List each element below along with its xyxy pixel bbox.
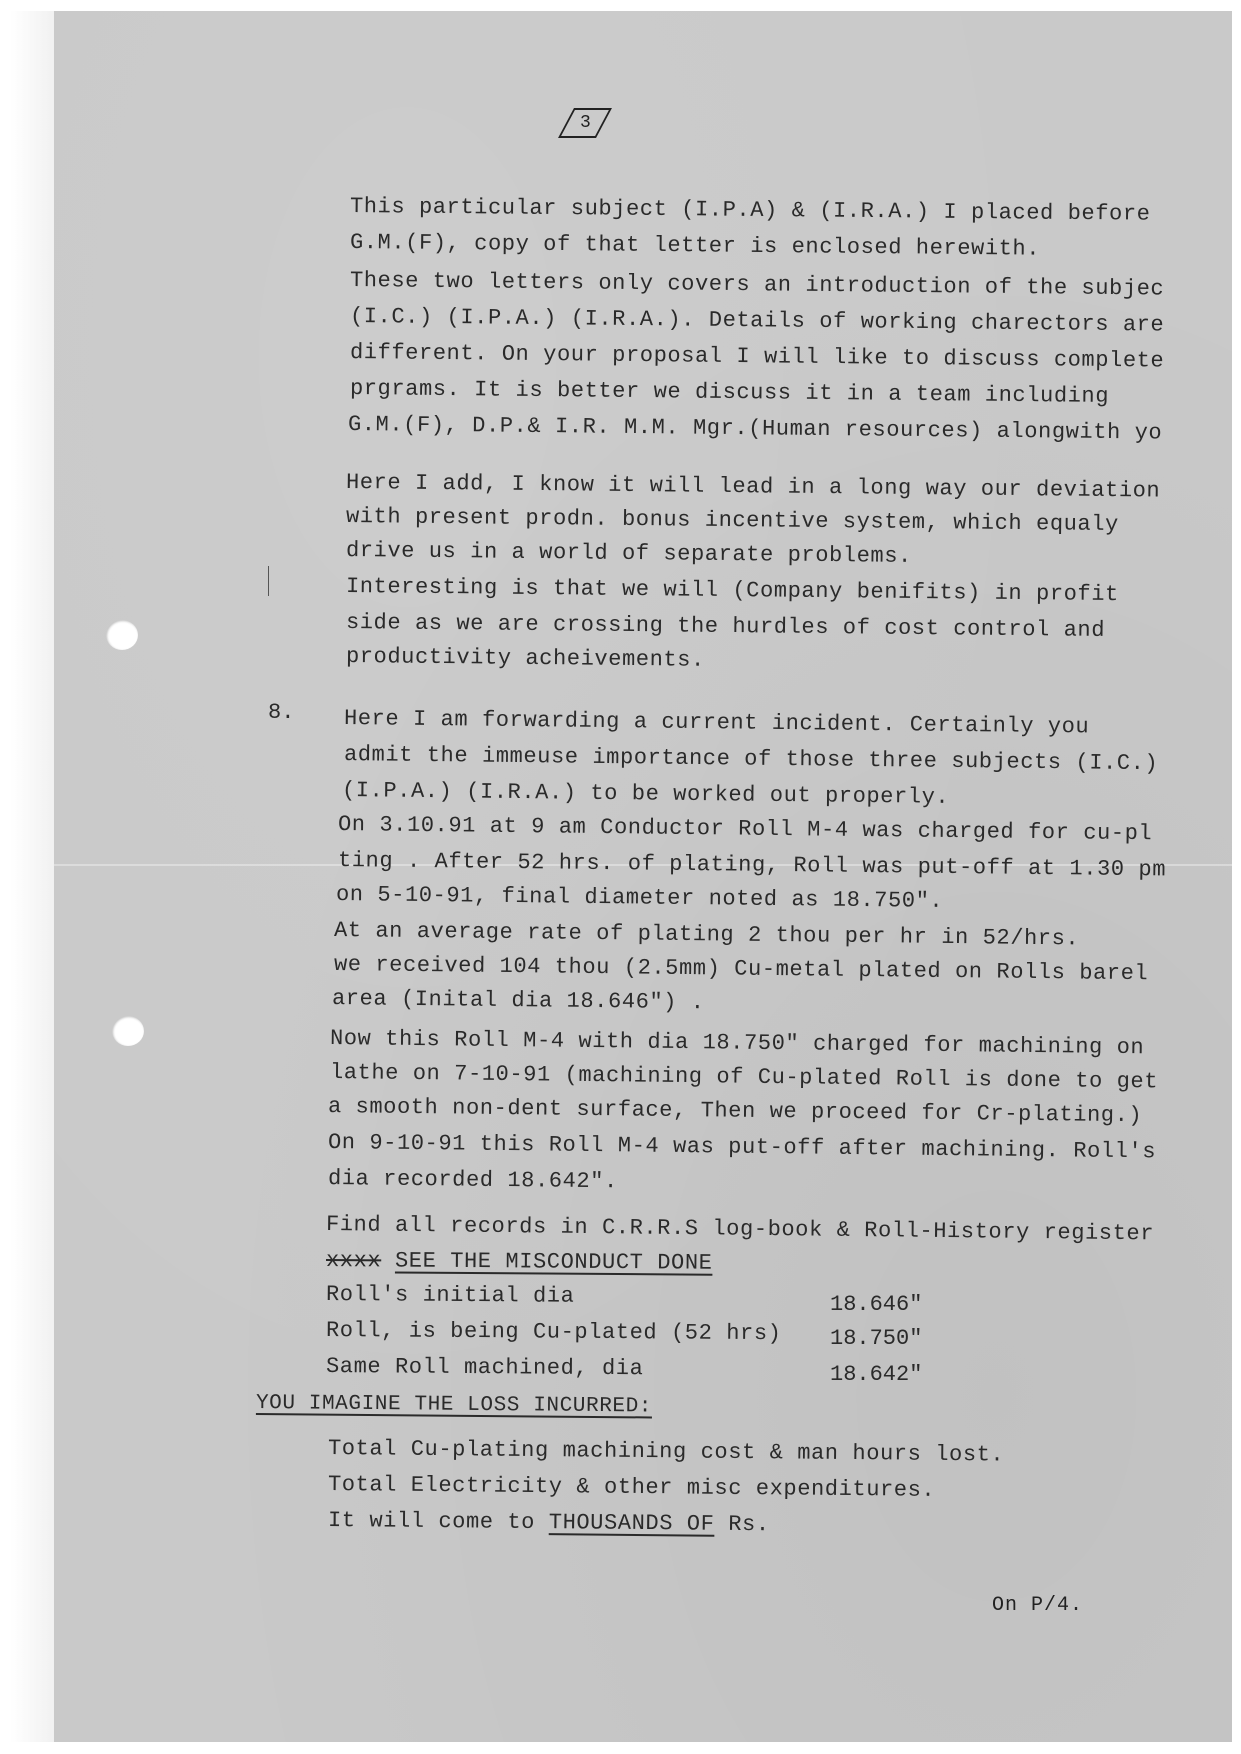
text-line: area (Inital dia 18.646") . (332, 986, 705, 1015)
misconduct-heading: SEE THE MISCONDUCT DONE (395, 1248, 713, 1275)
punch-hole (112, 1016, 144, 1046)
loss-closing: It will come to THOUSANDS OF Rs. (328, 1508, 770, 1537)
punch-hole (106, 620, 138, 650)
misconduct-heading-line: xxxx SEE THE MISCONDUCT DONE (326, 1248, 713, 1276)
page-number: 3 (580, 113, 591, 133)
misconduct-row-value: 18.642" (830, 1362, 922, 1387)
continued-on-page: On P/4. (992, 1594, 1083, 1617)
margin-mark (268, 566, 269, 596)
struck-text: xxxx (326, 1248, 381, 1273)
closing-prefix: It will come to (328, 1508, 549, 1535)
loss-heading: YOU IMAGINE THE LOSS INCURRED: (256, 1392, 652, 1418)
closing-emphasis: THOUSANDS OF (549, 1510, 715, 1537)
scan-margin (10, 11, 54, 1742)
misconduct-row-label: Same Roll machined, dia (326, 1354, 644, 1381)
closing-suffix: Rs. (714, 1512, 769, 1538)
misconduct-row-value: 18.646" (830, 1292, 922, 1317)
misconduct-row-label: Roll, is being Cu-plated (52 hrs) (326, 1318, 782, 1346)
item-number: 8. (268, 700, 294, 725)
text-line: dia recorded 18.642". (328, 1166, 618, 1194)
misconduct-row-label: Roll's initial dia (326, 1282, 575, 1309)
misconduct-row-value: 18.750" (830, 1326, 922, 1351)
text-line: productivity acheivements. (346, 644, 705, 673)
